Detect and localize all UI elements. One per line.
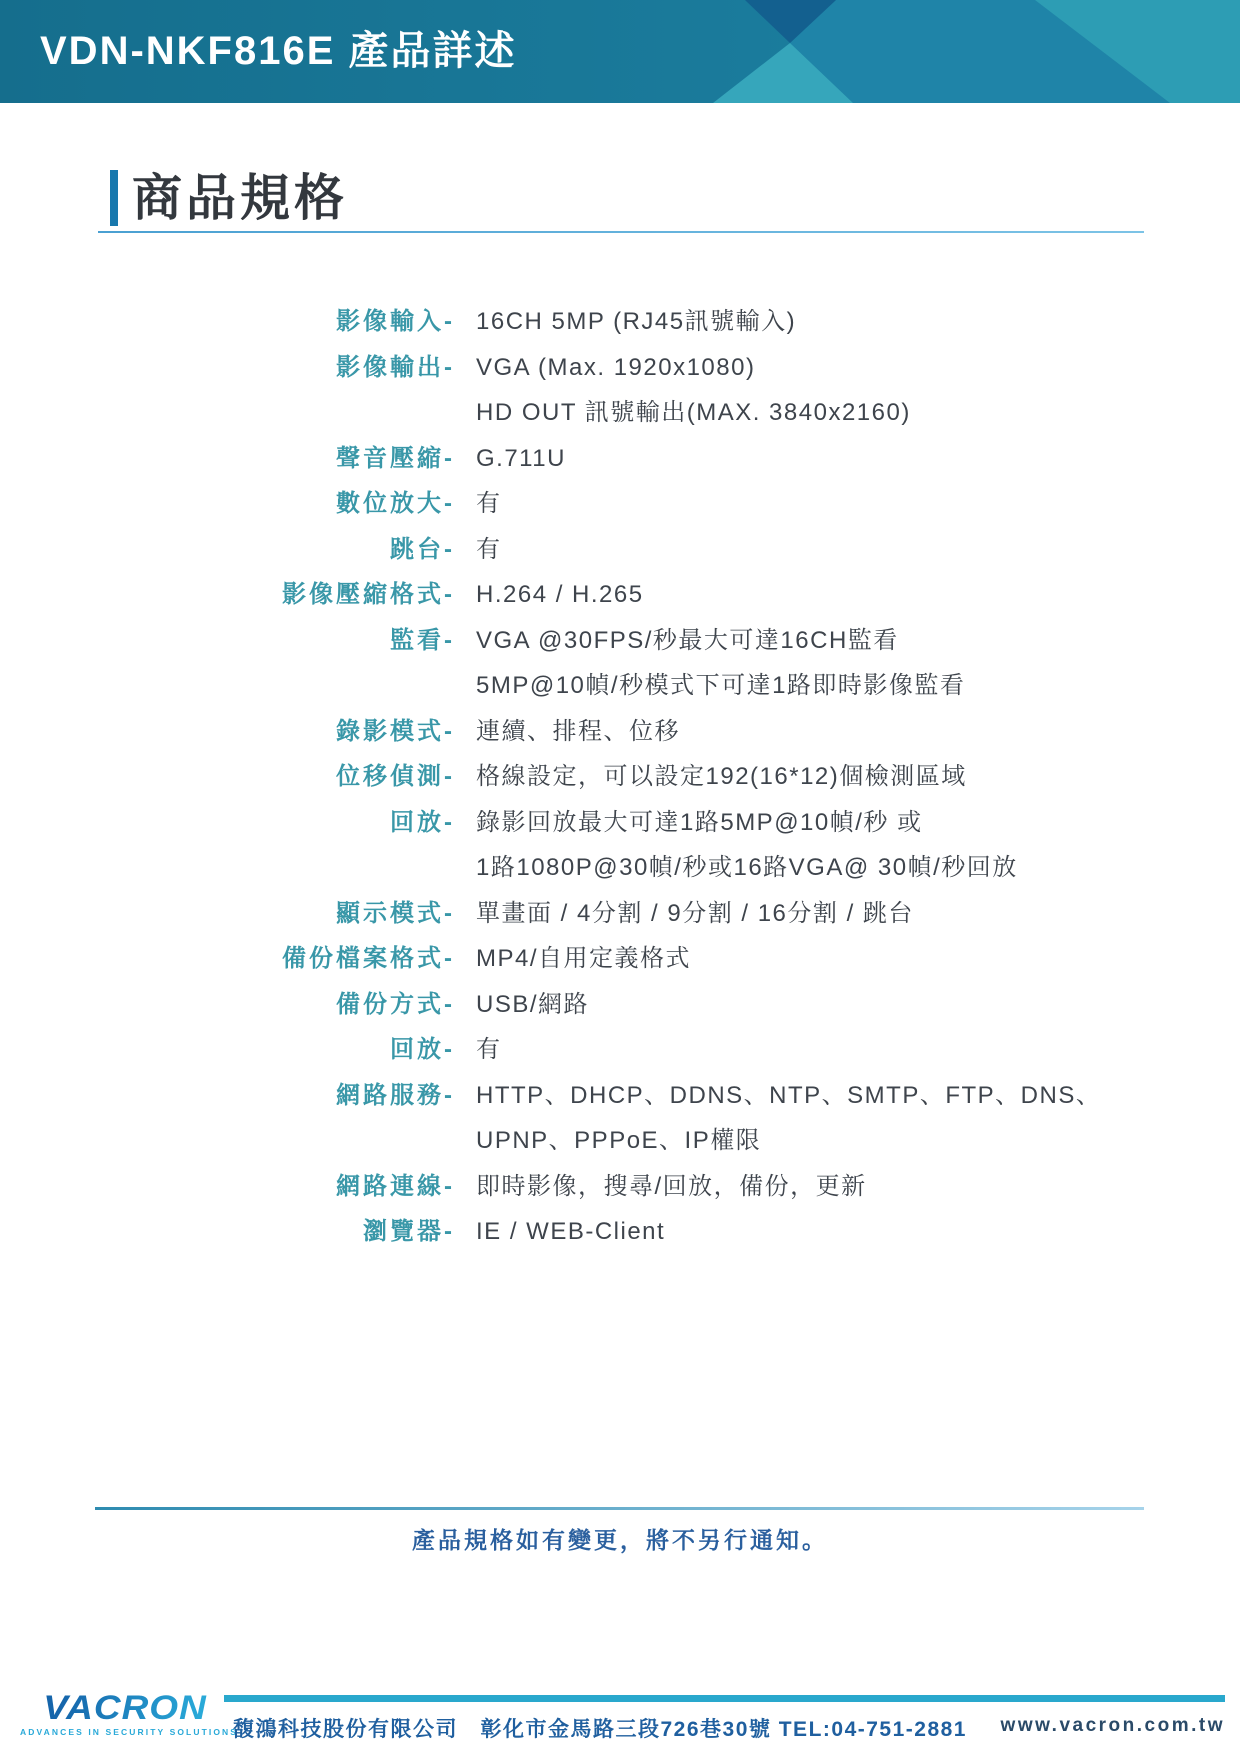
- spec-value: 連續、排程、位移: [476, 709, 680, 755]
- spec-row: 備份方式-USB/網路: [0, 982, 1240, 1028]
- spec-value: 16CH 5MP (RJ45訊號輸入): [476, 299, 796, 345]
- spec-value-line: 單畫面 / 4分割 / 9分割 / 16分割 / 跳台: [476, 891, 914, 937]
- spec-value: VGA @30FPS/秒最大可達16CH監看5MP@10幀/秒模式下可達1路即時…: [476, 618, 965, 709]
- spec-value: USB/網路: [476, 982, 589, 1028]
- spec-value: 有: [476, 527, 502, 573]
- spec-label: 聲音壓縮-: [0, 436, 455, 482]
- page-footer: VACRON ADVANCES IN SECURITY SOLUTIONS 馥鴻…: [0, 1685, 1240, 1754]
- spec-value-line: H.264 / H.265: [476, 572, 644, 618]
- spec-row: 備份檔案格式-MP4/自用定義格式: [0, 936, 1240, 982]
- spec-value: 即時影像，搜尋/回放，備份，更新: [476, 1164, 867, 1210]
- vacron-logo-wordmark: VACRON: [20, 1691, 230, 1724]
- spec-value-line: USB/網路: [476, 982, 589, 1028]
- spec-label: 影像輸出-: [0, 345, 455, 391]
- section-underline: [98, 231, 1144, 233]
- spec-value-line: VGA @30FPS/秒最大可達16CH監看: [476, 618, 965, 664]
- spec-value-line: 連續、排程、位移: [476, 709, 680, 755]
- spec-label: 備份檔案格式-: [0, 936, 455, 982]
- spec-row: 錄影模式-連續、排程、位移: [0, 709, 1240, 755]
- spec-value-line: 1路1080P@30幀/秒或16路VGA@ 30幀/秒回放: [476, 845, 1018, 891]
- spec-row: 網路服務-HTTP、DHCP、DDNS、NTP、SMTP、FTP、DNS、UPN…: [0, 1073, 1240, 1164]
- spec-row: 影像輸出-VGA (Max. 1920x1080)HD OUT 訊號輸出(MAX…: [0, 345, 1240, 436]
- spec-value-line: VGA (Max. 1920x1080): [476, 345, 911, 391]
- spec-label: 回放-: [0, 800, 455, 846]
- spec-value-line: G.711U: [476, 436, 566, 482]
- spec-value: VGA (Max. 1920x1080)HD OUT 訊號輸出(MAX. 384…: [476, 345, 911, 436]
- spec-value-line: MP4/自用定義格式: [476, 936, 691, 982]
- spec-value-line: 錄影回放最大可達1路5MP@10幀/秒 或: [476, 800, 1018, 846]
- spec-label: 影像輸入-: [0, 299, 455, 345]
- footer-website-link[interactable]: www.vacron.com.tw: [1001, 1715, 1225, 1737]
- section-title: 商品規格: [132, 170, 348, 226]
- section-accent-bar: [110, 170, 118, 226]
- spec-value-line: 格線設定，可以設定192(16*12)個檢測區域: [476, 754, 967, 800]
- spec-row: 顯示模式-單畫面 / 4分割 / 9分割 / 16分割 / 跳台: [0, 891, 1240, 937]
- spec-value: HTTP、DHCP、DDNS、NTP、SMTP、FTP、DNS、UPNP、PPP…: [476, 1073, 1101, 1164]
- spec-label: 錄影模式-: [0, 709, 455, 755]
- page-title: VDN-NKF816E 產品詳述: [40, 0, 517, 103]
- spec-value: 錄影回放最大可達1路5MP@10幀/秒 或1路1080P@30幀/秒或16路VG…: [476, 800, 1018, 891]
- spec-label: 跳台-: [0, 527, 455, 573]
- spec-value: MP4/自用定義格式: [476, 936, 691, 982]
- spec-label: 數位放大-: [0, 481, 455, 527]
- spec-value-line: 有: [476, 1027, 502, 1073]
- spec-row: 聲音壓縮-G.711U: [0, 436, 1240, 482]
- spec-value: H.264 / H.265: [476, 572, 644, 618]
- spec-list: 影像輸入-16CH 5MP (RJ45訊號輸入)影像輸出-VGA (Max. 1…: [0, 299, 1240, 1255]
- spec-value-line: 有: [476, 527, 502, 573]
- spec-value-line: UPNP、PPPoE、IP權限: [476, 1118, 1101, 1164]
- spec-label: 網路服務-: [0, 1073, 455, 1119]
- page-header-band: VDN-NKF816E 產品詳述: [0, 0, 1240, 103]
- spec-row: 回放-有: [0, 1027, 1240, 1073]
- spec-row: 跳台-有: [0, 527, 1240, 573]
- footer-accent-bar: [224, 1695, 1225, 1702]
- spec-row: 回放-錄影回放最大可達1路5MP@10幀/秒 或1路1080P@30幀/秒或16…: [0, 800, 1240, 891]
- spec-value-line: 即時影像，搜尋/回放，備份，更新: [476, 1164, 867, 1210]
- spec-value: 格線設定，可以設定192(16*12)個檢測區域: [476, 754, 967, 800]
- section-heading: 商品規格: [110, 170, 348, 226]
- spec-row: 數位放大-有: [0, 481, 1240, 527]
- spec-row: 影像輸入-16CH 5MP (RJ45訊號輸入): [0, 299, 1240, 345]
- spec-label: 備份方式-: [0, 982, 455, 1028]
- spec-label: 顯示模式-: [0, 891, 455, 937]
- spec-value: 有: [476, 481, 502, 527]
- spec-label: 網路連線-: [0, 1164, 455, 1210]
- spec-value-line: 有: [476, 481, 502, 527]
- spec-row: 位移偵測-格線設定，可以設定192(16*12)個檢測區域: [0, 754, 1240, 800]
- spec-value: IE / WEB-Client: [476, 1209, 665, 1255]
- spec-label: 回放-: [0, 1027, 455, 1073]
- note-divider-line: [95, 1507, 1144, 1510]
- spec-row: 影像壓縮格式-H.264 / H.265: [0, 572, 1240, 618]
- spec-value-line: HD OUT 訊號輸出(MAX. 3840x2160): [476, 390, 911, 436]
- spec-row: 監看-VGA @30FPS/秒最大可達16CH監看5MP@10幀/秒模式下可達1…: [0, 618, 1240, 709]
- spec-label: 監看-: [0, 618, 455, 664]
- spec-value-line: IE / WEB-Client: [476, 1209, 665, 1255]
- footer-company-address: 馥鴻科技股份有限公司 彰化市金馬路三段726巷30號 TEL:04-751-28…: [233, 1713, 967, 1743]
- spec-value: 單畫面 / 4分割 / 9分割 / 16分割 / 跳台: [476, 891, 914, 937]
- spec-label: 瀏覽器-: [0, 1209, 455, 1255]
- vacron-logo: VACRON ADVANCES IN SECURITY SOLUTIONS: [20, 1690, 230, 1737]
- spec-value-line: 5MP@10幀/秒模式下可達1路即時影像監看: [476, 663, 965, 709]
- spec-row: 瀏覽器-IE / WEB-Client: [0, 1209, 1240, 1255]
- spec-value-line: HTTP、DHCP、DDNS、NTP、SMTP、FTP、DNS、: [476, 1073, 1101, 1119]
- spec-value: 有: [476, 1027, 502, 1073]
- spec-row: 網路連線-即時影像，搜尋/回放，備份，更新: [0, 1164, 1240, 1210]
- vacron-logo-tagline: ADVANCES IN SECURITY SOLUTIONS: [20, 1727, 230, 1737]
- spec-value: G.711U: [476, 436, 566, 482]
- spec-label: 位移偵測-: [0, 754, 455, 800]
- change-notice: 產品規格如有變更，將不另行通知。: [0, 1522, 1240, 1555]
- spec-value-line: 16CH 5MP (RJ45訊號輸入): [476, 299, 796, 345]
- spec-label: 影像壓縮格式-: [0, 572, 455, 618]
- product-detail-page: VDN-NKF816E 產品詳述 商品規格 影像輸入-16CH 5MP (RJ4…: [0, 0, 1240, 1754]
